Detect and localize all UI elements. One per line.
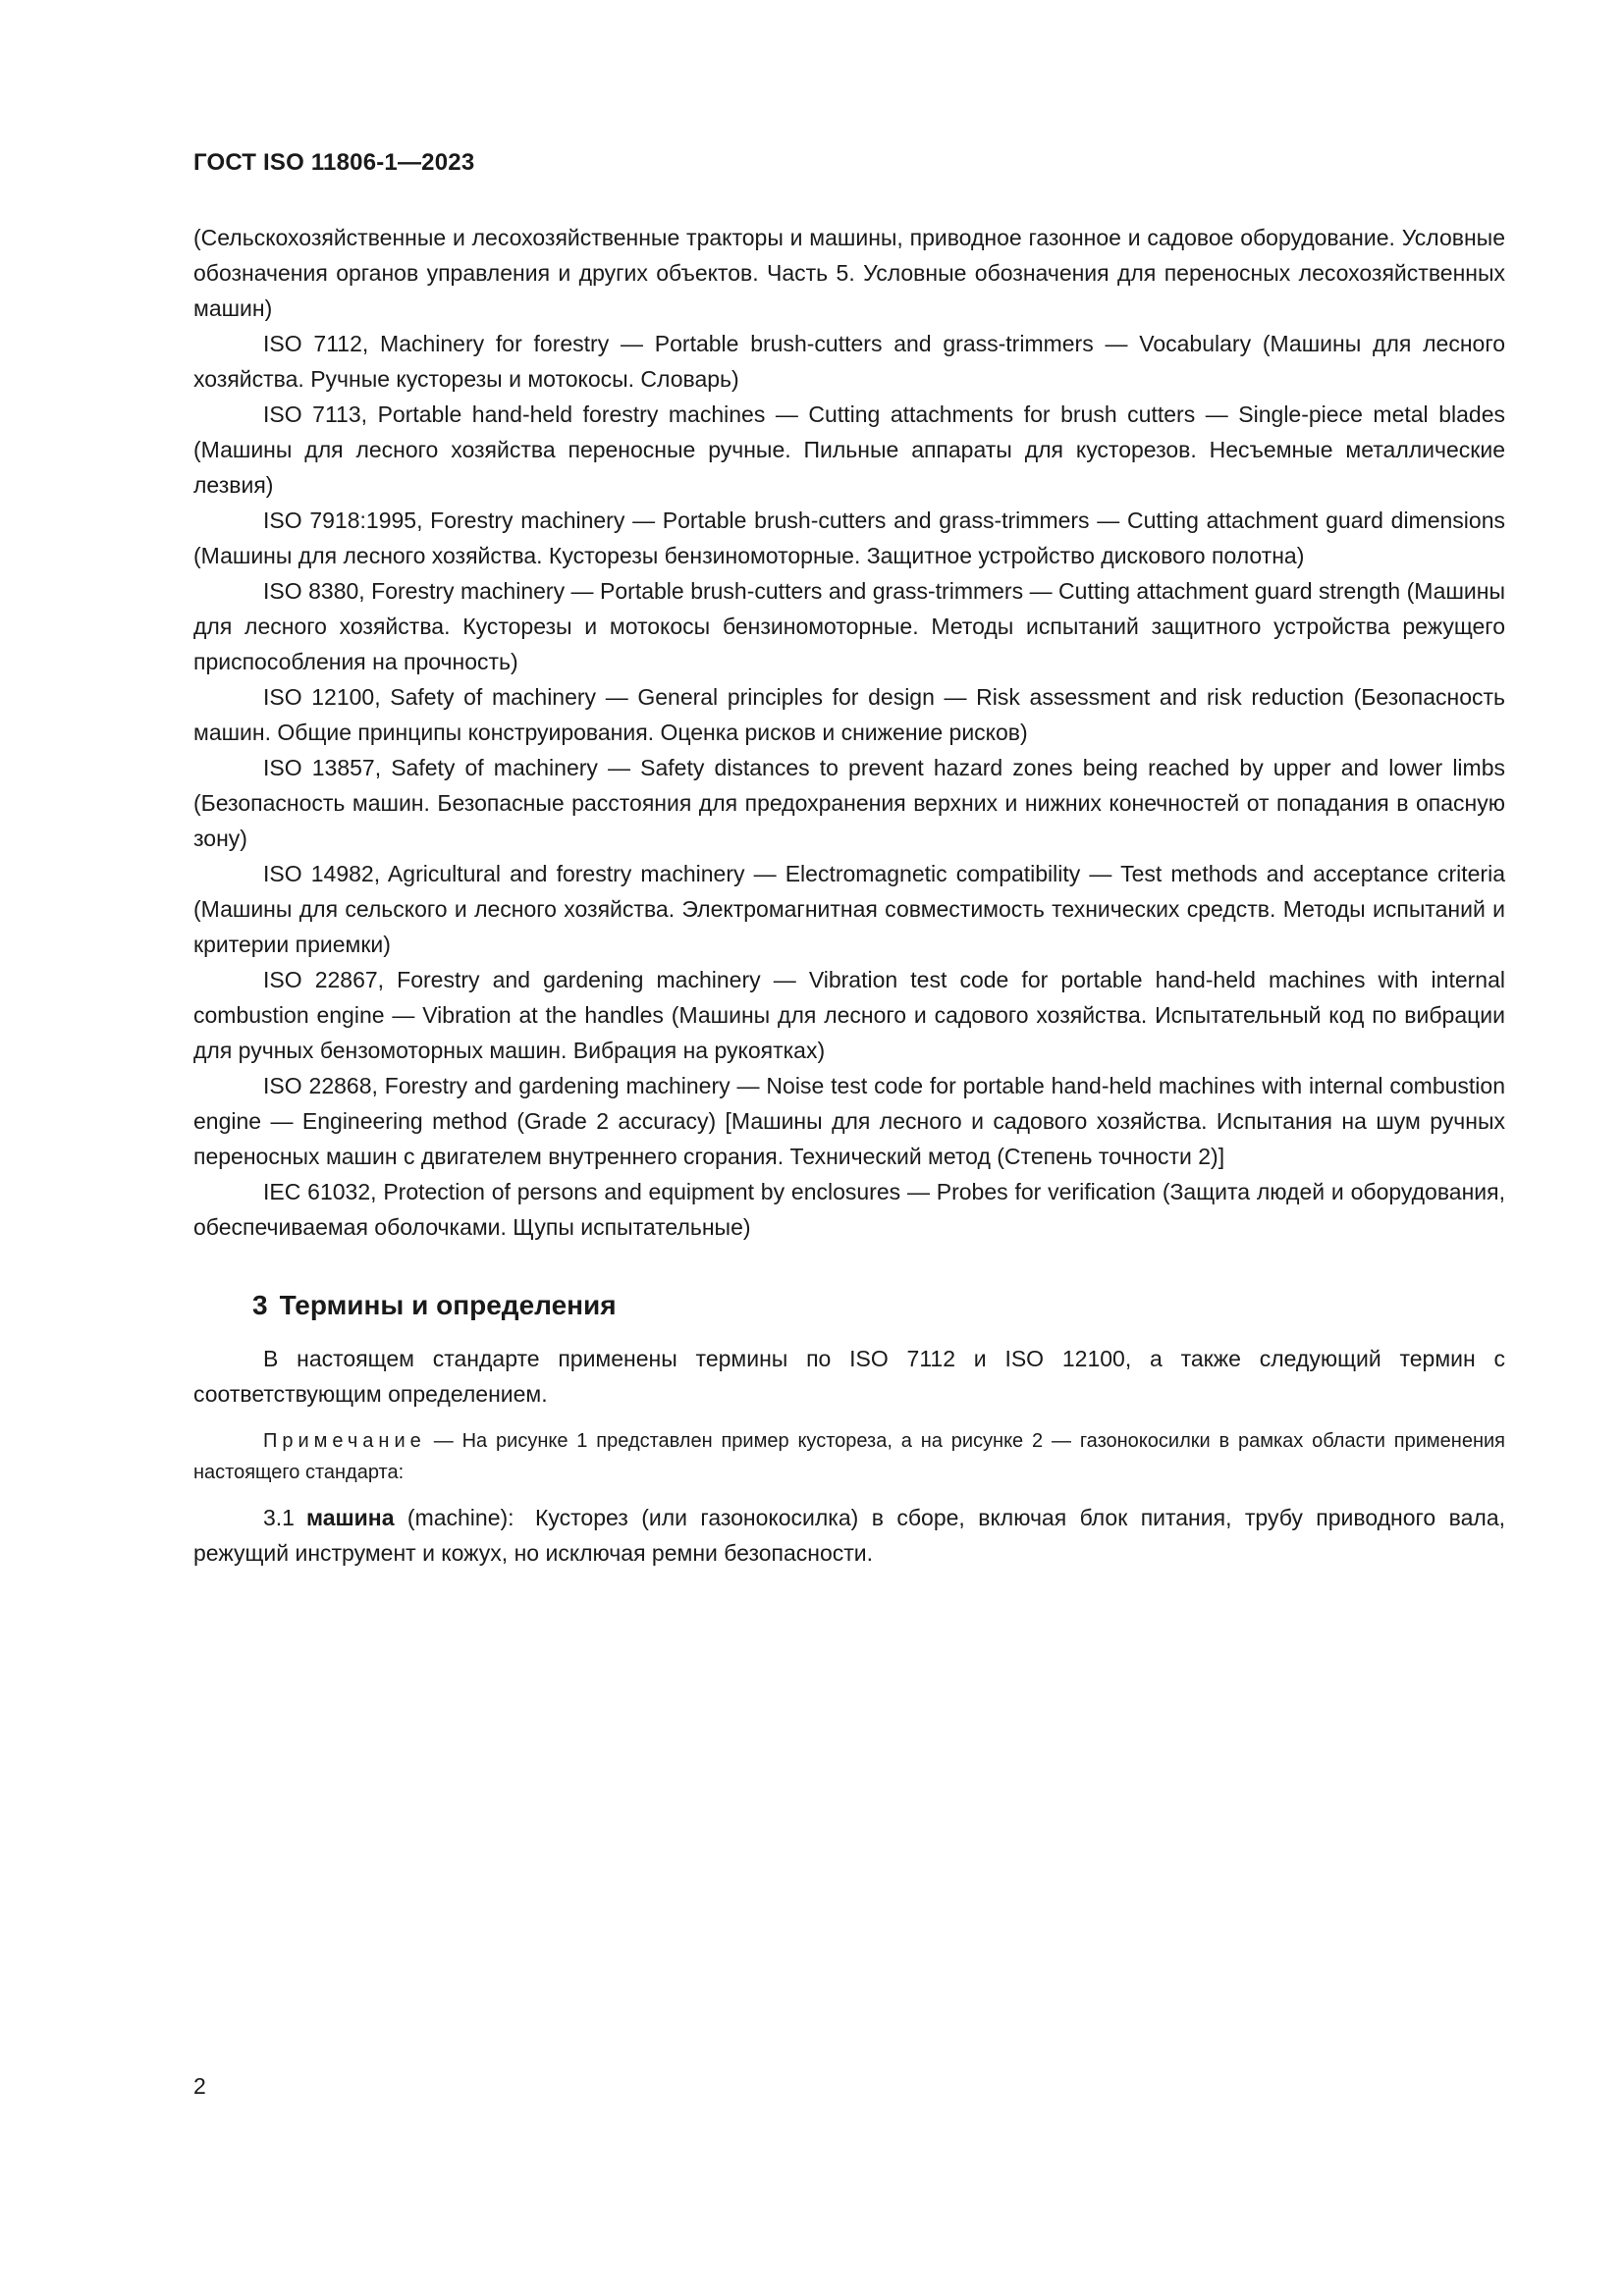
reference-item: ISO 7113, Portable hand-held forestry ma… [193,397,1505,503]
page-number: 2 [193,2071,206,2101]
term-word: машина [306,1505,395,1530]
term-number: 3.1 [263,1505,295,1530]
section-title: Термины и определения [280,1290,617,1320]
note-label: Примечание [263,1430,426,1452]
term-english: (machine): [407,1505,514,1530]
note: Примечание— На рисунке 1 представлен при… [193,1425,1505,1488]
reference-item: ISO 12100, Safety of machinery — General… [193,679,1505,750]
term-definition: 3.1машина (machine): Кусторез (или газон… [193,1500,1505,1571]
reference-item: ISO 14982, Agricultural and forestry mac… [193,856,1505,962]
reference-item: ISO 8380, Forestry machinery — Portable … [193,573,1505,679]
document-header: ГОСТ ISO 11806-1—2023 [193,147,474,179]
reference-item: ISO 7918:1995, Forestry machinery — Port… [193,503,1505,573]
section-number: 3 [252,1290,268,1320]
section-intro: В настоящем стандарте применены термины … [193,1341,1505,1412]
reference-item: IEC 61032, Protection of persons and equ… [193,1174,1505,1245]
normative-references-list: ISO 7112, Machinery for forestry — Porta… [193,326,1505,1245]
reference-continued: (Сельскохозяйственные и лесохозяйственны… [193,220,1505,326]
reference-item: ISO 7112, Machinery for forestry — Porta… [193,326,1505,397]
page-content: (Сельскохозяйственные и лесохозяйственны… [193,220,1505,1571]
reference-item: ISO 13857, Safety of machinery — Safety … [193,750,1505,856]
reference-item: ISO 22868, Forestry and gardening machin… [193,1068,1505,1174]
section-heading: 3Термины и определения [193,1288,1505,1323]
reference-item: ISO 22867, Forestry and gardening machin… [193,962,1505,1068]
